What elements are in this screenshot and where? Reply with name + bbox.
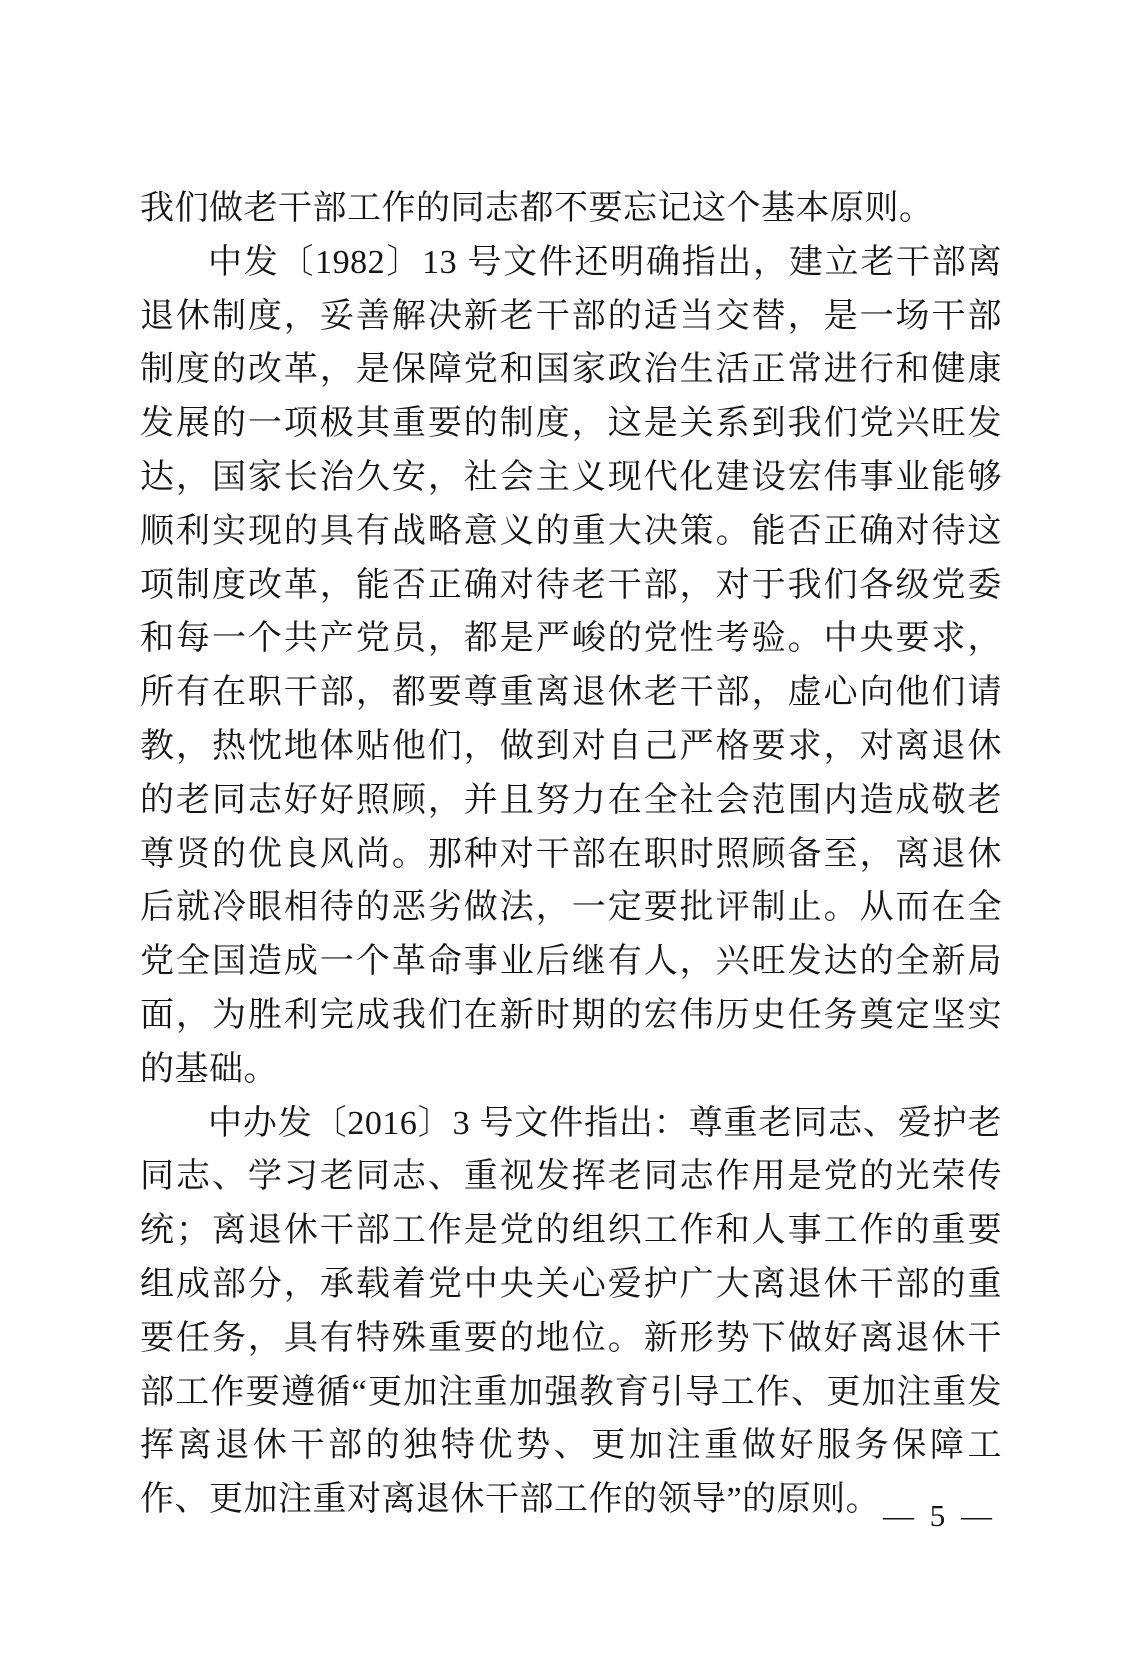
paragraph-zhongbanfa-2016-3: 中办发〔2016〕3 号文件指出：尊重老同志、爱护老同志、学习老同志、重视发挥老… (140, 1097, 1002, 1527)
body-text-block: 我们做老干部工作的同志都不要忘记这个基本原则。 中发〔1982〕13 号文件还明… (140, 182, 1002, 1527)
page-number: — 5 — (883, 1498, 996, 1534)
document-page: 我们做老干部工作的同志都不要忘记这个基本原则。 中发〔1982〕13 号文件还明… (0, 0, 1142, 1654)
paragraph-zhongfa-1982-13: 中发〔1982〕13 号文件还明确指出，建立老干部离退休制度，妥善解决新老干部的… (140, 236, 1002, 1097)
paragraph-continuation: 我们做老干部工作的同志都不要忘记这个基本原则。 (140, 182, 1002, 236)
